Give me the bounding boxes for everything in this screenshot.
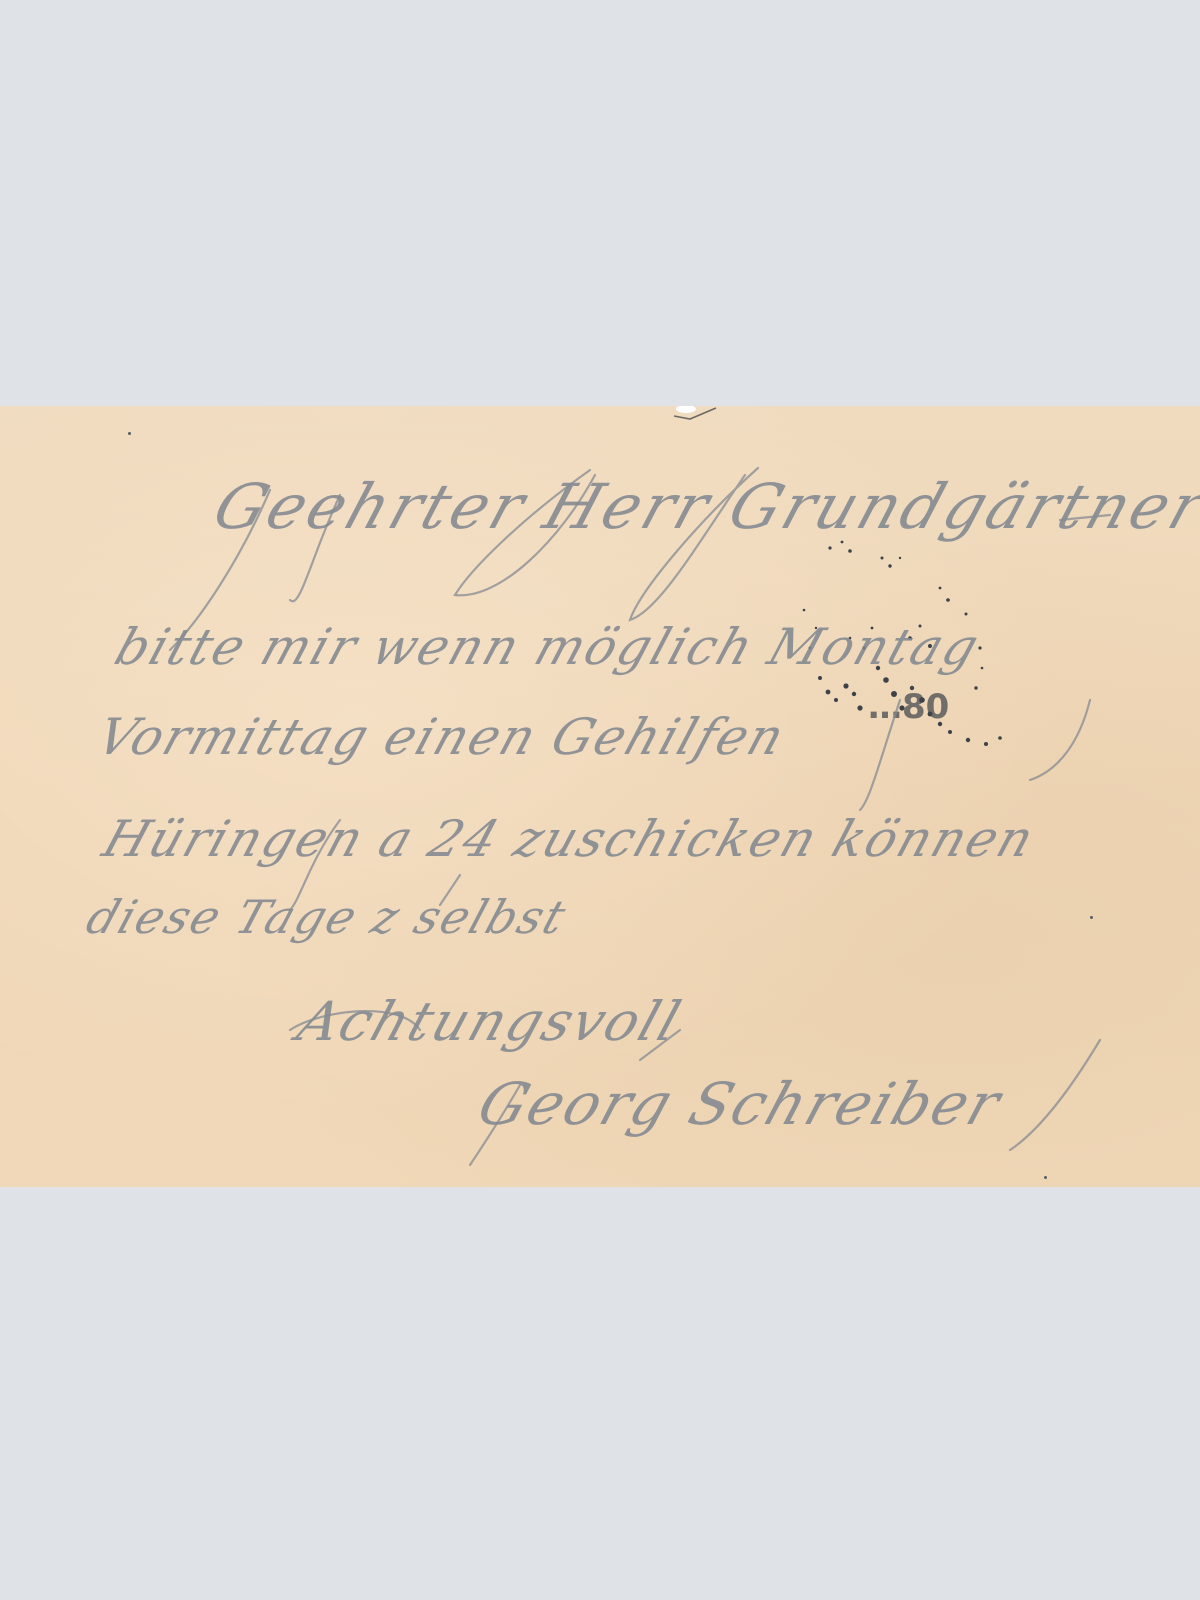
paper-speck bbox=[1044, 1176, 1047, 1179]
body-line-3: Hüringen a 24 zuschicken können bbox=[96, 810, 1043, 868]
paper-tear bbox=[672, 406, 722, 420]
body-line-2: Vormittag einen Gehilfen bbox=[90, 708, 793, 766]
body-line-4: diese Tage z selbst bbox=[80, 890, 574, 944]
salutation-line: Geehrter Herr Grundgärtner bbox=[205, 470, 1200, 543]
postmark-text: …80 bbox=[868, 687, 949, 727]
closing-line: Achtungsvoll bbox=[290, 990, 690, 1053]
body-line-1: bitte mir wenn möglich Montag bbox=[108, 618, 987, 676]
signature-line: Georg Schreiber bbox=[470, 1070, 1010, 1138]
paper-speck bbox=[128, 432, 131, 435]
paper-speck bbox=[1090, 916, 1093, 919]
